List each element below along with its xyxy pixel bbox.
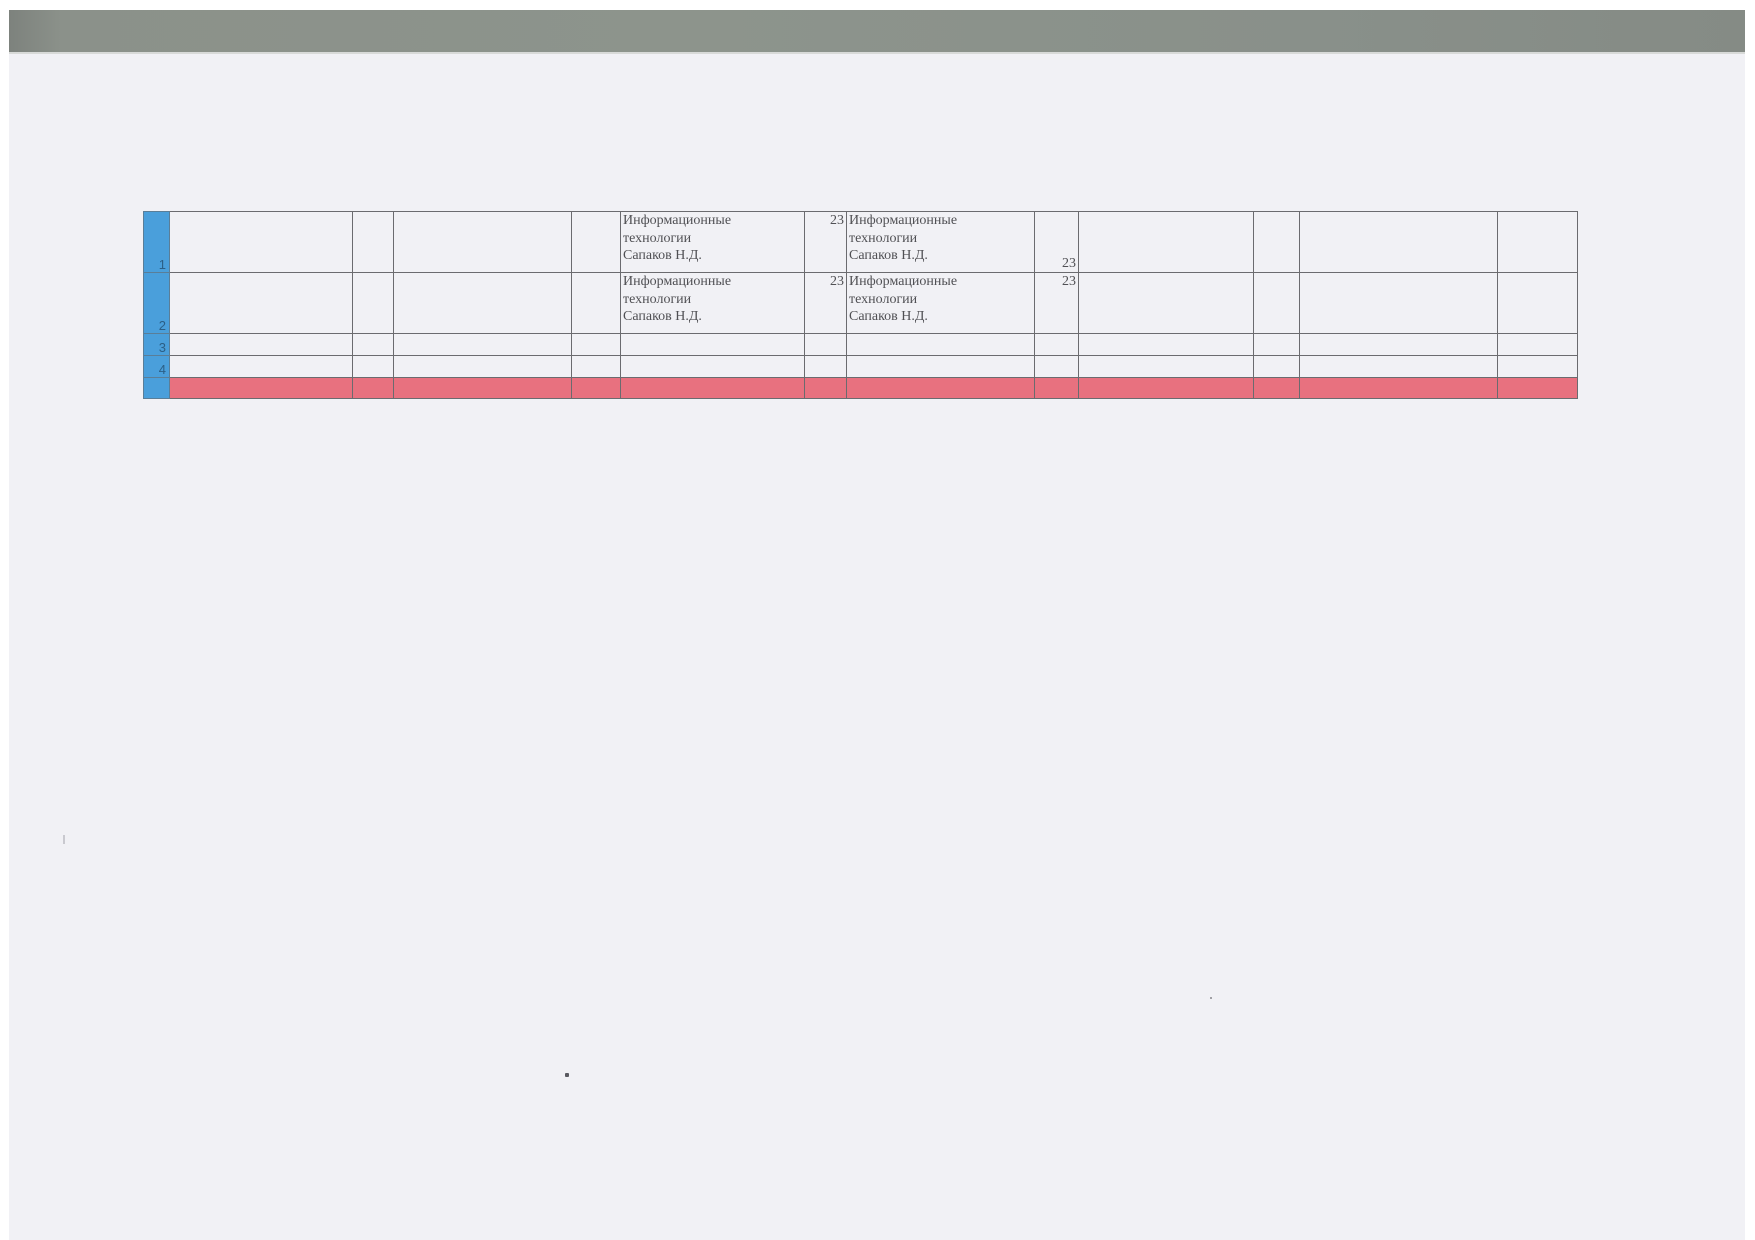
room-number: 23 [1035,273,1079,334]
table-row: 3 [144,334,1578,356]
table-cell [572,356,621,378]
subject-name: Информационные [849,212,1034,230]
table-cell [1079,378,1254,399]
lesson-cell: Информационные технологии Сапаков Н.Д. [621,212,805,273]
table-cell [621,356,805,378]
subject-name-line2: технологии [849,291,1034,309]
room-number: 23 [805,212,847,273]
table-cell [394,356,572,378]
table-cell [170,212,353,273]
table-cell [1498,378,1578,399]
table-cell [572,334,621,356]
table-cell [1498,356,1578,378]
table-cell [1300,212,1498,273]
row-number [144,378,170,399]
subject-name-line2: технологии [623,230,804,248]
room-number: 23 [1035,212,1079,273]
table-cell [805,378,847,399]
row-number: 1 [144,212,170,273]
lesson-cell: Информационные технологии Сапаков Н.Д. [621,273,805,334]
timetable-table: 1 Информационные технологии Сапаков Н.Д.… [143,211,1578,399]
table-cell [572,273,621,334]
row-number: 4 [144,356,170,378]
table-cell [1254,334,1300,356]
teacher-name: Сапаков Н.Д. [849,308,1034,326]
table-cell [1254,212,1300,273]
scan-mark [63,835,65,844]
table-cell [170,273,353,334]
table-row: 2 Информационные технологии Сапаков Н.Д.… [144,273,1578,334]
table-cell [847,334,1035,356]
table-cell [1300,378,1498,399]
table-cell [1035,334,1079,356]
table-cell [1254,356,1300,378]
table-row: 4 [144,356,1578,378]
subject-name: Информационные [623,212,804,230]
teacher-name: Сапаков Н.Д. [623,247,804,265]
table-row: 1 Информационные технологии Сапаков Н.Д.… [144,212,1578,273]
table-cell [394,334,572,356]
table-cell [170,334,353,356]
scanner-edge-shadow [9,52,1745,54]
table-cell [353,378,394,399]
teacher-name: Сапаков Н.Д. [623,308,804,326]
scanned-page [9,10,1745,1240]
table-cell [805,334,847,356]
table-cell [1079,273,1254,334]
table-cell [1079,356,1254,378]
table-cell [1300,334,1498,356]
scan-speck [1210,997,1212,999]
table-cell [1498,273,1578,334]
table-cell [847,378,1035,399]
room-number: 23 [805,273,847,334]
table-cell [1498,334,1578,356]
table-cell [572,212,621,273]
table-cell [621,334,805,356]
table-cell [1079,334,1254,356]
subject-name: Информационные [849,273,1034,291]
table-cell [1300,356,1498,378]
table-cell [353,273,394,334]
teacher-name: Сапаков Н.Д. [849,247,1034,265]
lesson-cell: Информационные технологии Сапаков Н.Д. [847,212,1035,273]
table-cell [353,212,394,273]
subject-name: Информационные [623,273,804,291]
table-cell [394,212,572,273]
row-number: 3 [144,334,170,356]
subject-name-line2: технологии [623,291,804,309]
table-cell [353,334,394,356]
table-cell [1079,212,1254,273]
table-cell [170,378,353,399]
table-cell [621,378,805,399]
row-number: 2 [144,273,170,334]
table-cell [170,356,353,378]
table-cell [1035,356,1079,378]
table-cell [1254,378,1300,399]
table-cell [353,356,394,378]
table-cell [1035,378,1079,399]
lesson-cell: Информационные технологии Сапаков Н.Д. [847,273,1035,334]
table-cell [1498,212,1578,273]
table-cell [1254,273,1300,334]
scan-speck [565,1073,569,1077]
table-cell [1300,273,1498,334]
table-cell [394,378,572,399]
table-cell [572,378,621,399]
table-cell [847,356,1035,378]
table-cell [805,356,847,378]
table-cell [394,273,572,334]
summary-row [144,378,1578,399]
subject-name-line2: технологии [849,230,1034,248]
scanner-edge-bar [9,10,1745,52]
